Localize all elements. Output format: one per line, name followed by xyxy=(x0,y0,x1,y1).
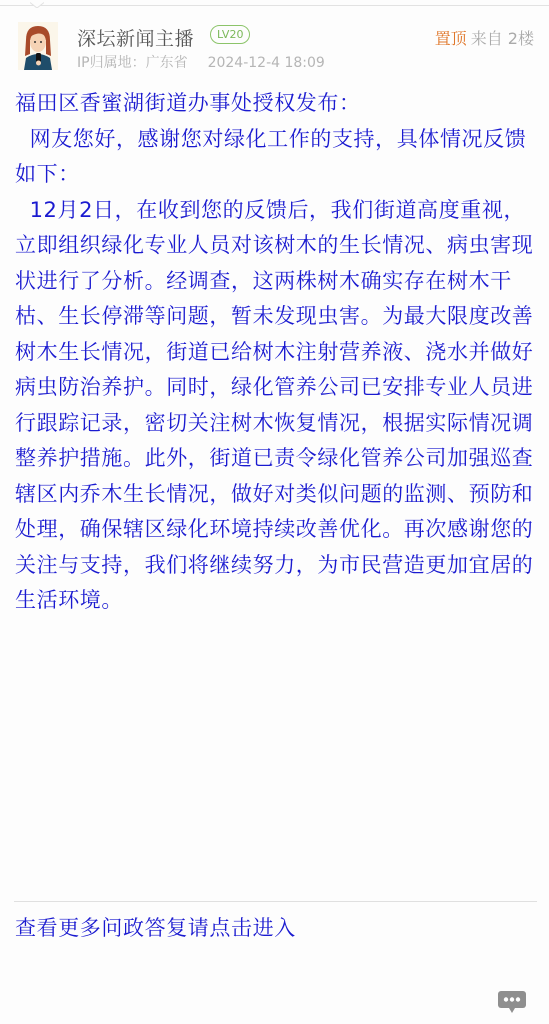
more-replies-link[interactable]: 查看更多问政答复请点击进入 xyxy=(15,912,296,942)
quote-notch-icon xyxy=(30,0,44,8)
ip-location: IP归属地：广东省 xyxy=(77,55,188,71)
chat-button[interactable] xyxy=(497,990,527,1014)
level-badge: LV20 xyxy=(210,25,250,44)
post-paragraph: 福田区香蜜湖街道办事处授权发布： xyxy=(15,86,535,122)
chat-bubble-icon xyxy=(497,990,527,1014)
post-timestamp: 2024-12-4 18:09 xyxy=(208,55,325,71)
post-floor-info: 置顶来自 2楼 xyxy=(435,26,534,49)
avatar[interactable] xyxy=(18,22,58,70)
news-anchor-avatar-icon xyxy=(18,22,58,70)
pinned-badge: 置顶 xyxy=(435,29,467,48)
post-paragraph: 网友您好，感谢您对绿化工作的支持，具体情况反馈如下： xyxy=(15,122,535,193)
top-divider xyxy=(0,5,549,6)
post-paragraph: 12月2日，在收到您的反馈后，我们街道高度重视，立即组织绿化专业人员对该树木的生… xyxy=(15,193,535,619)
post-page: 深坛新闻主播 LV20 IP归属地：广东省2024-12-4 18:09 置顶来… xyxy=(0,0,549,1024)
author-name[interactable]: 深坛新闻主播 xyxy=(77,24,194,51)
post-header: 深坛新闻主播 LV20 IP归属地：广东省2024-12-4 18:09 置顶来… xyxy=(0,18,549,78)
floor-label: 来自 2楼 xyxy=(471,29,534,48)
post-body: 福田区香蜜湖街道办事处授权发布： 网友您好，感谢您对绿化工作的支持，具体情况反馈… xyxy=(15,86,535,619)
content-divider xyxy=(14,901,537,902)
post-meta: IP归属地：广东省2024-12-4 18:09 xyxy=(77,52,325,72)
